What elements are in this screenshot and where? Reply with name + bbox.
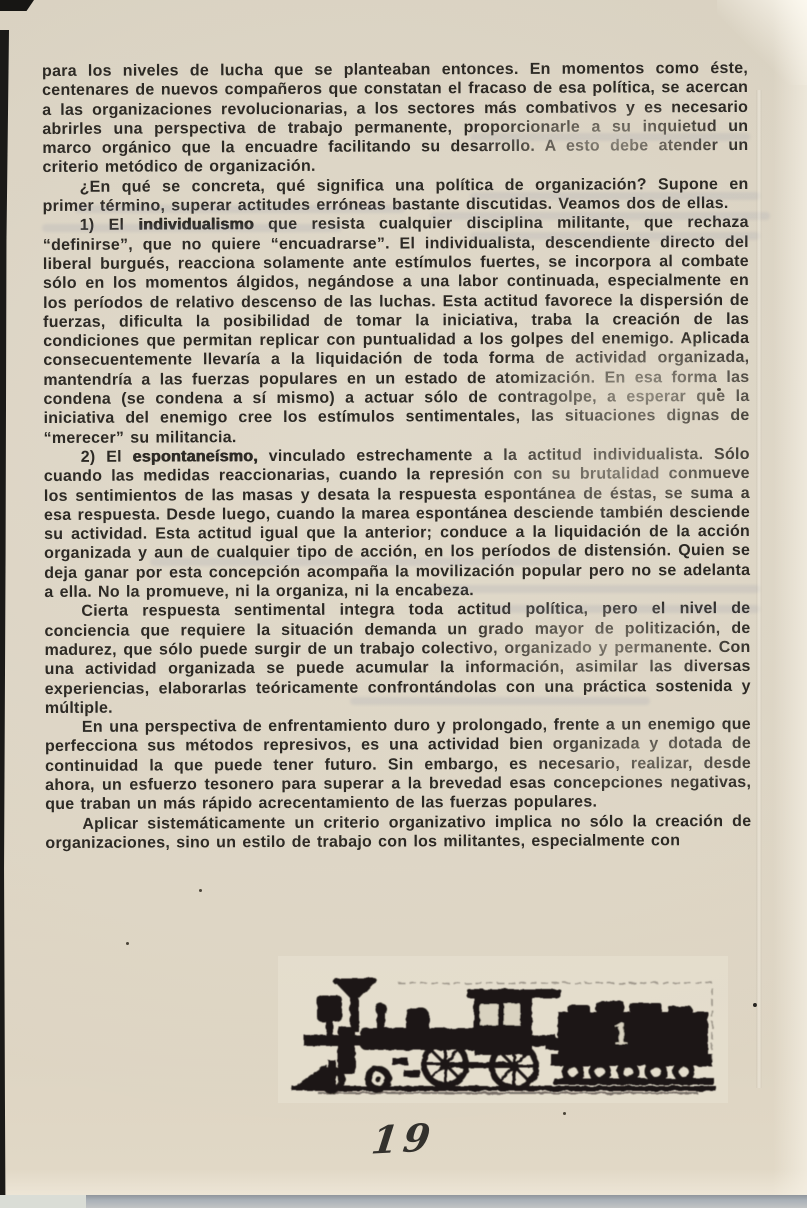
scanned-page: para los niveles de lucha que se plantea… [0,0,807,1208]
page-bottom-highlight [0,1169,807,1195]
scan-speck [199,889,202,892]
body-text: para los niveles de lucha que se plantea… [42,59,751,853]
scan-speck [717,388,721,391]
paragraph: Aplicar sistemáticamente un criterio org… [45,811,751,853]
locomotive-figure: 1 [288,962,718,1097]
scan-edge-bottom [0,1195,807,1208]
paragraph: 2) El espontaneísmo, vinculado estrecham… [44,445,751,602]
scan-edge-left [0,30,9,1195]
scan-corner-bottom-left [0,1195,86,1208]
paragraph: En una perspectiva de enfrentamiento dur… [45,715,751,815]
steam-locomotive-illustration: 1 [288,962,718,1097]
scan-speck [126,942,129,945]
paragraph: 1) El individualismo que resista cualqui… [43,213,750,448]
scan-speck [563,1112,566,1115]
paragraph: para los niveles de lucha que se plantea… [42,59,748,178]
scan-edge-right [773,0,807,1208]
tender-number: 1 [613,1015,629,1051]
scan-corner-top-left [0,0,34,11]
scan-corner-top-right [717,0,807,85]
page-number: 19 [369,1114,438,1162]
paper-crease [756,90,762,1088]
